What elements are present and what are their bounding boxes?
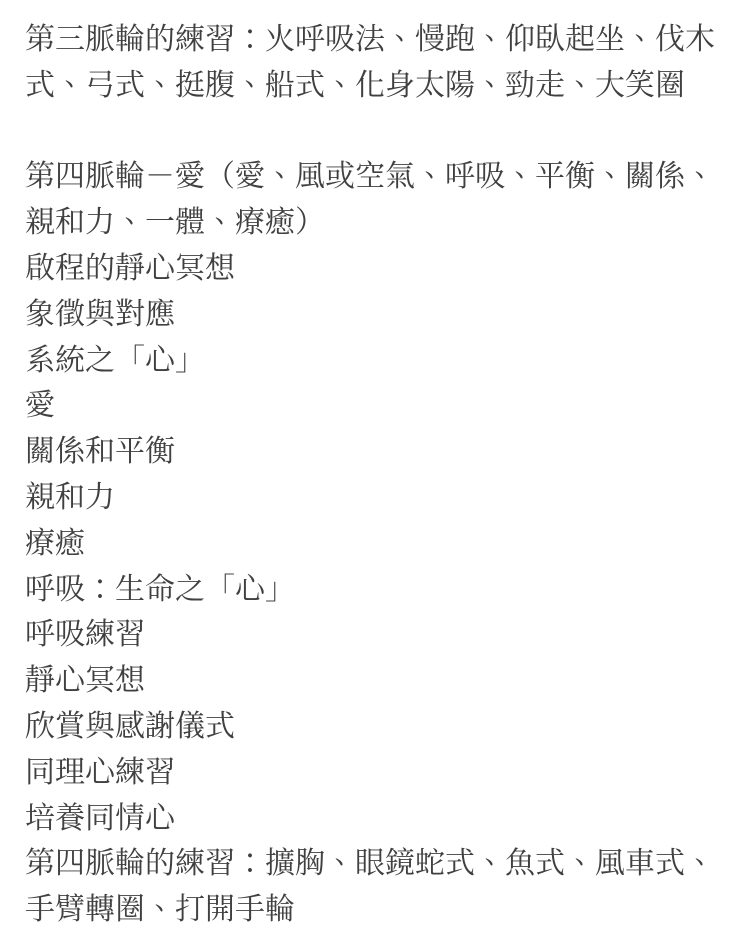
text-line: 第四脈輪的練習：擴胸、眼鏡蛇式、魚式、風車式、 [25, 841, 730, 887]
text-line: 第三脈輪的練習：火呼吸法、慢跑、仰臥起坐、伐木 [25, 17, 730, 63]
text-line: 系統之「心」 [25, 338, 730, 384]
text-line: 啟程的靜心冥想 [25, 246, 730, 292]
text-line: 關係和平衡 [25, 429, 730, 475]
text-line: 欣賞與感謝儀式 [25, 704, 730, 750]
text-line: 呼吸練習 [25, 612, 730, 658]
text-line: 靜心冥想 [25, 658, 730, 704]
text-line: 親和力、一體、療癒） [25, 200, 730, 246]
text-line: 同理心練習 [25, 750, 730, 796]
text-line: 式、弓式、挺腹、船式、化身太陽、勁走、大笑圈 [25, 63, 730, 109]
ebook-page: { "colors": { "text": "#404040", "backgr… [0, 0, 750, 952]
toc-content: 第三脈輪的練習：火呼吸法、慢跑、仰臥起坐、伐木 式、弓式、挺腹、船式、化身太陽、… [0, 0, 750, 933]
text-line: 愛 [25, 383, 730, 429]
blank-line [25, 109, 730, 155]
text-line: 療癒 [25, 521, 730, 567]
text-line: 親和力 [25, 475, 730, 521]
text-line: 手臂轉圈、打開手輪 [25, 887, 730, 933]
text-line: 呼吸：生命之「心」 [25, 567, 730, 613]
text-line: 第四脈輪－愛（愛、風或空氣、呼吸、平衡、關係、 [25, 154, 730, 200]
text-line: 培養同情心 [25, 796, 730, 842]
text-line: 象徵與對應 [25, 292, 730, 338]
